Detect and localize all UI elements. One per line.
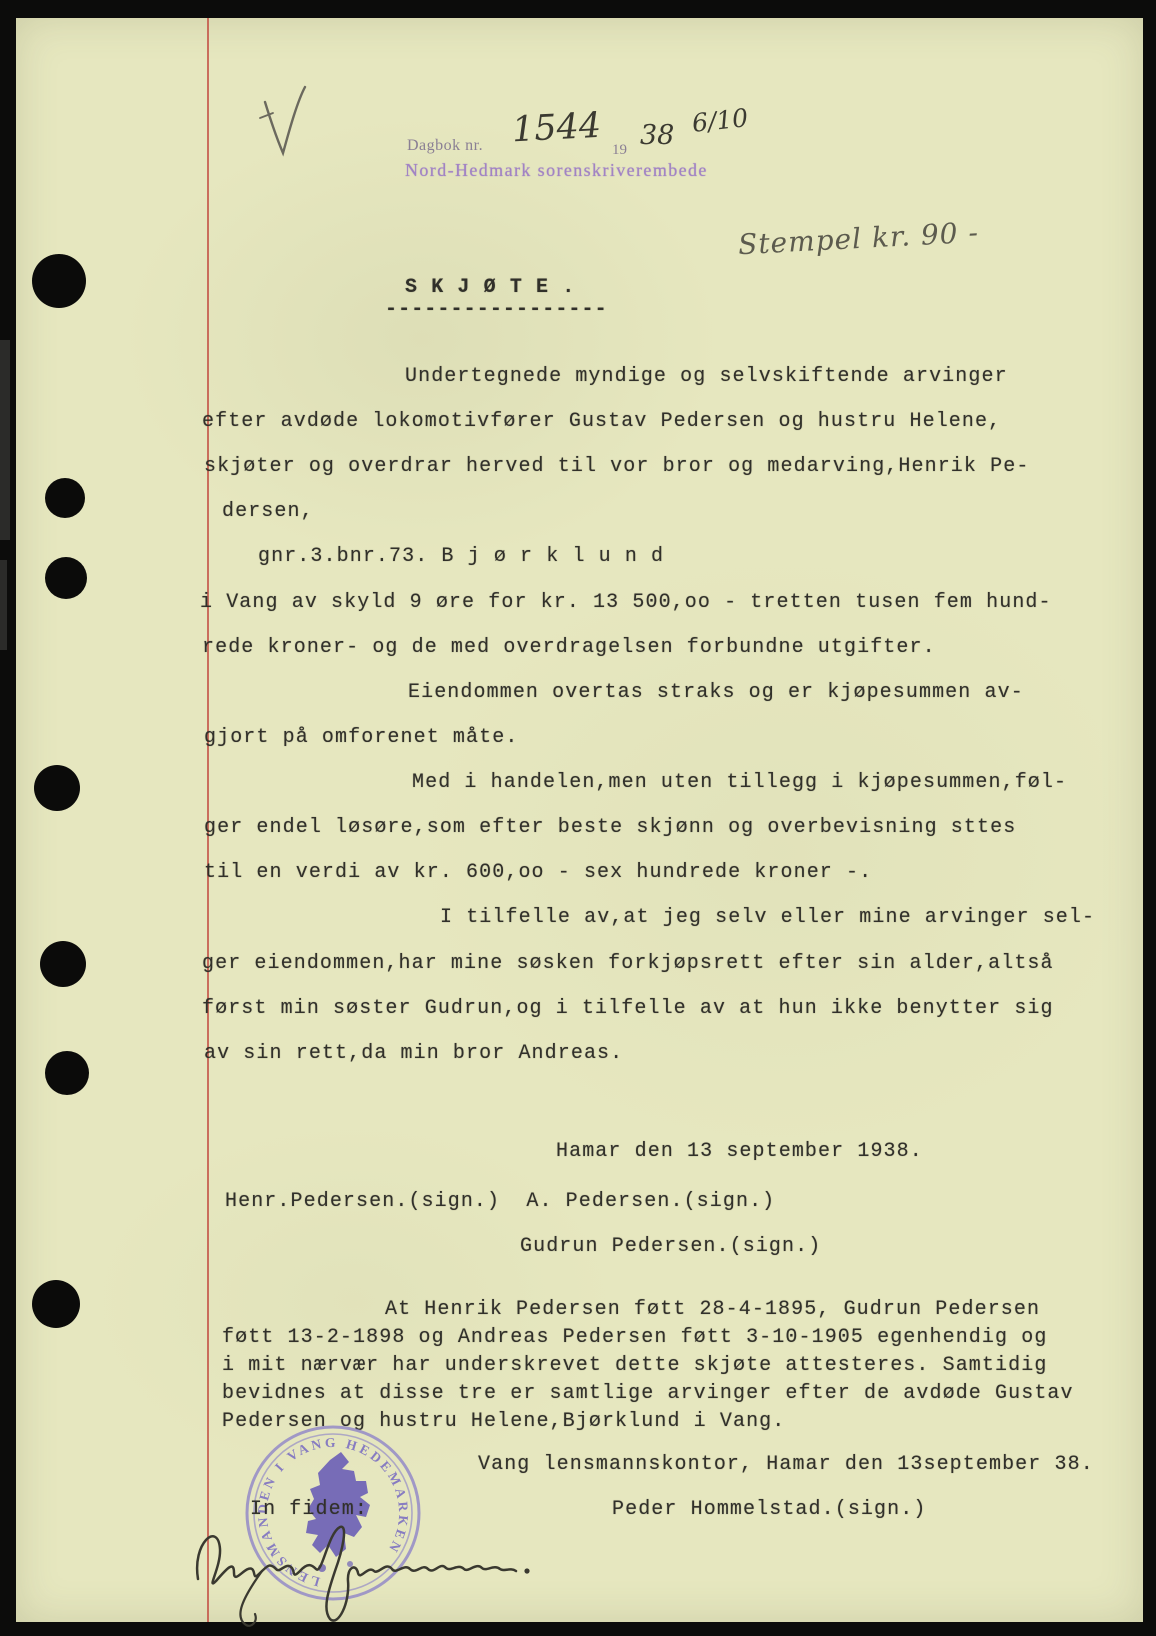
punch-hole bbox=[32, 254, 86, 308]
deed-line: ger eiendommen,har mine søsken forkjøpsr… bbox=[202, 952, 1054, 975]
deed-line: til en verdi av kr. 600,oo - sex hundred… bbox=[204, 861, 872, 884]
punch-hole bbox=[32, 1280, 80, 1328]
deed-line: i Vang av skyld 9 øre for kr. 13 500,oo … bbox=[200, 591, 1052, 614]
signature-typed-line: Henr.Pedersen.(sign.) A. Pedersen.(sign.… bbox=[225, 1190, 775, 1213]
dagbok-number-handwritten: 1544 bbox=[511, 106, 602, 151]
punch-hole bbox=[45, 1051, 89, 1095]
attestation-line: At Henrik Pedersen føtt 28-4-1895, Gudru… bbox=[385, 1298, 1040, 1321]
scan-edge-streak bbox=[0, 560, 7, 650]
attestation-line: bevidnes at disse tre er samtlige arving… bbox=[222, 1382, 1074, 1405]
title-underline: ----------------- bbox=[385, 298, 608, 321]
deed-line: skjøter og overdrar herved til vor bror … bbox=[204, 455, 1029, 478]
deed-line: først min søster Gudrun,og i tilfelle av… bbox=[202, 997, 1054, 1020]
deed-line: av sin rett,da min bror Andreas. bbox=[204, 1042, 623, 1065]
deed-line: Undertegnede myndige og selvskiftende ar… bbox=[405, 365, 1008, 388]
punch-hole bbox=[40, 941, 86, 987]
deed-line: rede kroner- og de med overdragelsen for… bbox=[202, 636, 936, 659]
office-stamp-text: Nord-Hedmark sorenskriverembede bbox=[405, 160, 708, 181]
year-handwritten: 38 bbox=[640, 120, 674, 151]
attestation-dateline: Vang lensmannskontor, Hamar den 13septem… bbox=[478, 1453, 1094, 1476]
lensmann-signature-typed: Peder Hommelstad.(sign.) bbox=[612, 1498, 926, 1521]
punch-hole bbox=[34, 765, 80, 811]
deed-line: I tilfelle av,at jeg selv eller mine arv… bbox=[440, 906, 1095, 929]
signature-typed-line: Gudrun Pedersen.(sign.) bbox=[520, 1235, 821, 1258]
document-title: S K J Ø T E . bbox=[405, 276, 575, 299]
scanned-deed-page: Dagbok nr. 1544 19 38 6/10 Nord-Hedmark … bbox=[0, 0, 1156, 1636]
dagbok-label: Dagbok nr. bbox=[407, 137, 483, 155]
year-printed: 19 bbox=[612, 142, 627, 159]
attestation-line: i mit nærvær har underskrevet dette skjø… bbox=[222, 1354, 1047, 1377]
deed-line: ger endel løsøre,som efter beste skjønn … bbox=[204, 816, 1016, 839]
deed-line: Eiendommen overtas straks og er kjøpesum… bbox=[408, 681, 1024, 704]
scan-edge-streak bbox=[0, 340, 10, 540]
deed-line: dersen, bbox=[222, 500, 314, 523]
deed-line: Med i handelen,men uten tillegg i kjøpes… bbox=[412, 771, 1067, 794]
deed-line: efter avdøde lokomotivfører Gustav Peder… bbox=[202, 410, 1001, 433]
punch-hole bbox=[45, 478, 85, 518]
punch-hole bbox=[45, 557, 87, 599]
deed-line: gjort på omforenet måte. bbox=[204, 726, 518, 749]
attestation-line: føtt 13-2-1898 og Andreas Pedersen føtt … bbox=[222, 1326, 1047, 1349]
deed-line: gnr.3.bnr.73. B j ø r k l u n d bbox=[258, 545, 664, 568]
checkmark-icon bbox=[258, 82, 312, 162]
handwritten-signature bbox=[188, 1505, 548, 1635]
dateline: Hamar den 13 september 1938. bbox=[556, 1140, 923, 1163]
date-handwritten: 6/10 bbox=[691, 103, 750, 138]
